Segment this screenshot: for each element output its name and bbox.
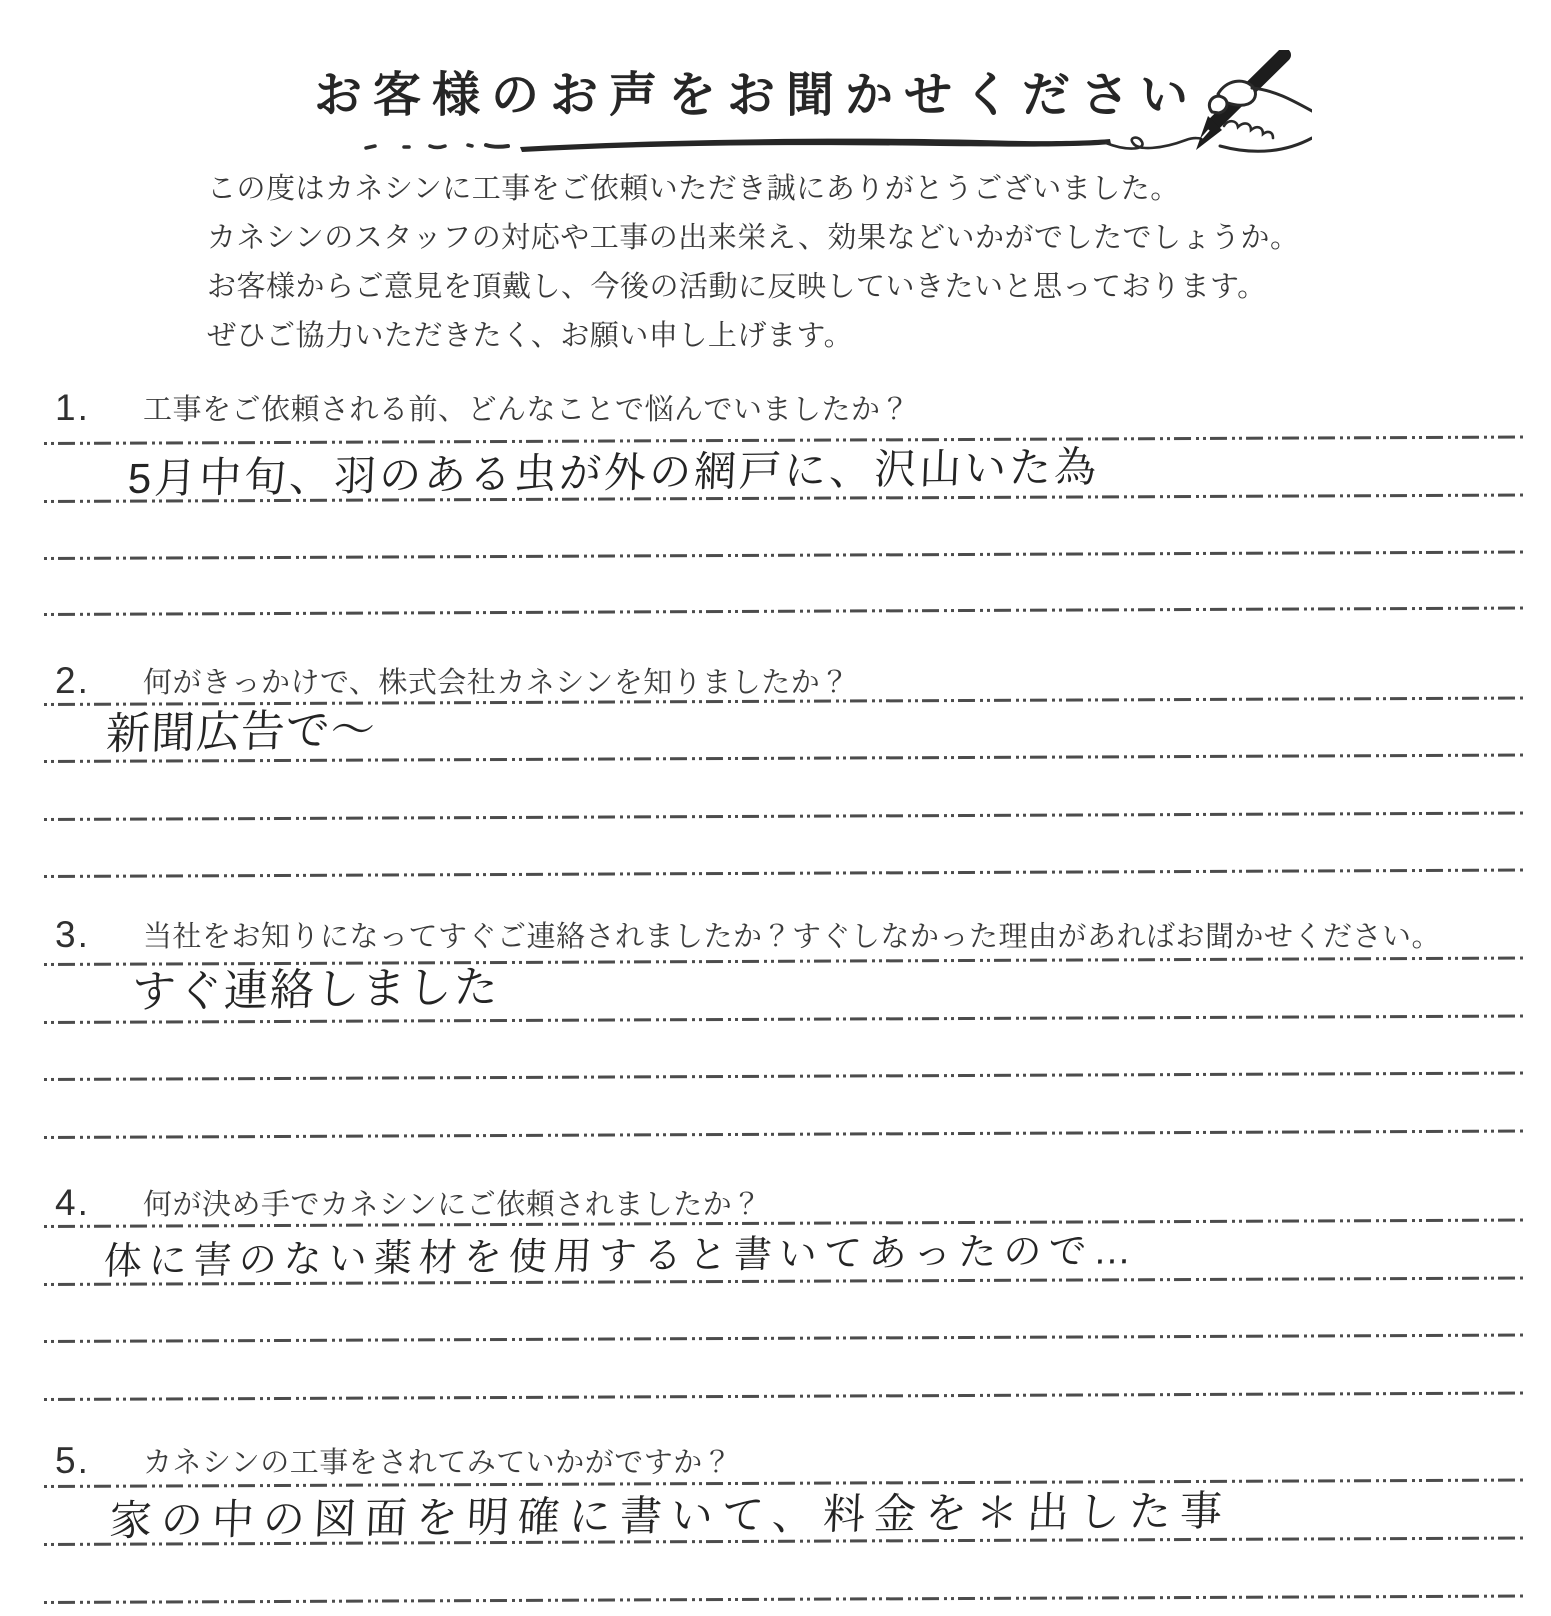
questionnaire-page: お客様のお声をお聞かせください この度はカネシンに工事をご依頼いただき誠にありが… <box>0 0 1551 1616</box>
intro-line-4: ぜひご協力いただきたく、お願い申し上げます。 <box>207 312 1300 361</box>
question-text: 何がきっかけで、株式会社カネシンを知りましたか？ <box>143 661 850 700</box>
handwritten-answer: 体に害のない薬材を使用すると書いてあったので… <box>103 1219 1140 1285</box>
question-text: 何が決め手でカネシンにご依頼されましたか？ <box>143 1183 762 1222</box>
question-text: 当社をお知りになってすぐご連絡されましたか？すぐしなかった理由があればお聞かせく… <box>143 915 1441 954</box>
handwritten-answer: 5月中旬、羽のある虫が外の網戸に、沢山いた為 <box>127 434 1101 506</box>
question-number: 5. <box>55 1441 143 1481</box>
answer-line <box>44 551 1527 560</box>
answer-line <box>44 869 1527 878</box>
handwritten-answer: 家の中の図面を明確に書いて、料金を＊出した事 <box>109 1478 1233 1548</box>
intro-line-1: この度はカネシンに工事をご依頼いただき誠にありがとうございました。 <box>207 165 1300 214</box>
question-number: 1. <box>55 388 143 428</box>
answer-line <box>44 812 1527 821</box>
answer-line <box>44 607 1527 616</box>
handwritten-answer: 新聞広告で〜 <box>105 693 377 762</box>
question-number: 2. <box>55 661 143 701</box>
question-number: 4. <box>55 1183 143 1223</box>
answer-line <box>44 1334 1527 1343</box>
intro-line-3: お客様からご意見を頂戴し、今後の活動に反映していきたいと思っております。 <box>207 263 1300 312</box>
answer-line <box>44 1072 1527 1081</box>
handwritten-answer: すぐ連絡しました <box>131 951 501 1020</box>
question-text: 工事をご依頼される前、どんなことで悩んでいましたか？ <box>143 388 910 427</box>
question-text: カネシンの工事をされてみていかがですか？ <box>143 1441 732 1480</box>
answer-line <box>44 1130 1527 1139</box>
hand-writing-pen-icon <box>1162 50 1312 165</box>
answer-line <box>44 1595 1527 1604</box>
intro-line-2: カネシンのスタッフの対応や工事の出来栄え、効果などいかがでしたでしょうか。 <box>207 214 1300 263</box>
page-title: お客様のお声をお聞かせください <box>314 70 1199 122</box>
intro-paragraph: この度はカネシンに工事をご依頼いただき誠にありがとうございました。 カネシンのス… <box>207 165 1300 361</box>
question-number: 3. <box>55 915 143 955</box>
answer-line <box>44 1392 1527 1401</box>
